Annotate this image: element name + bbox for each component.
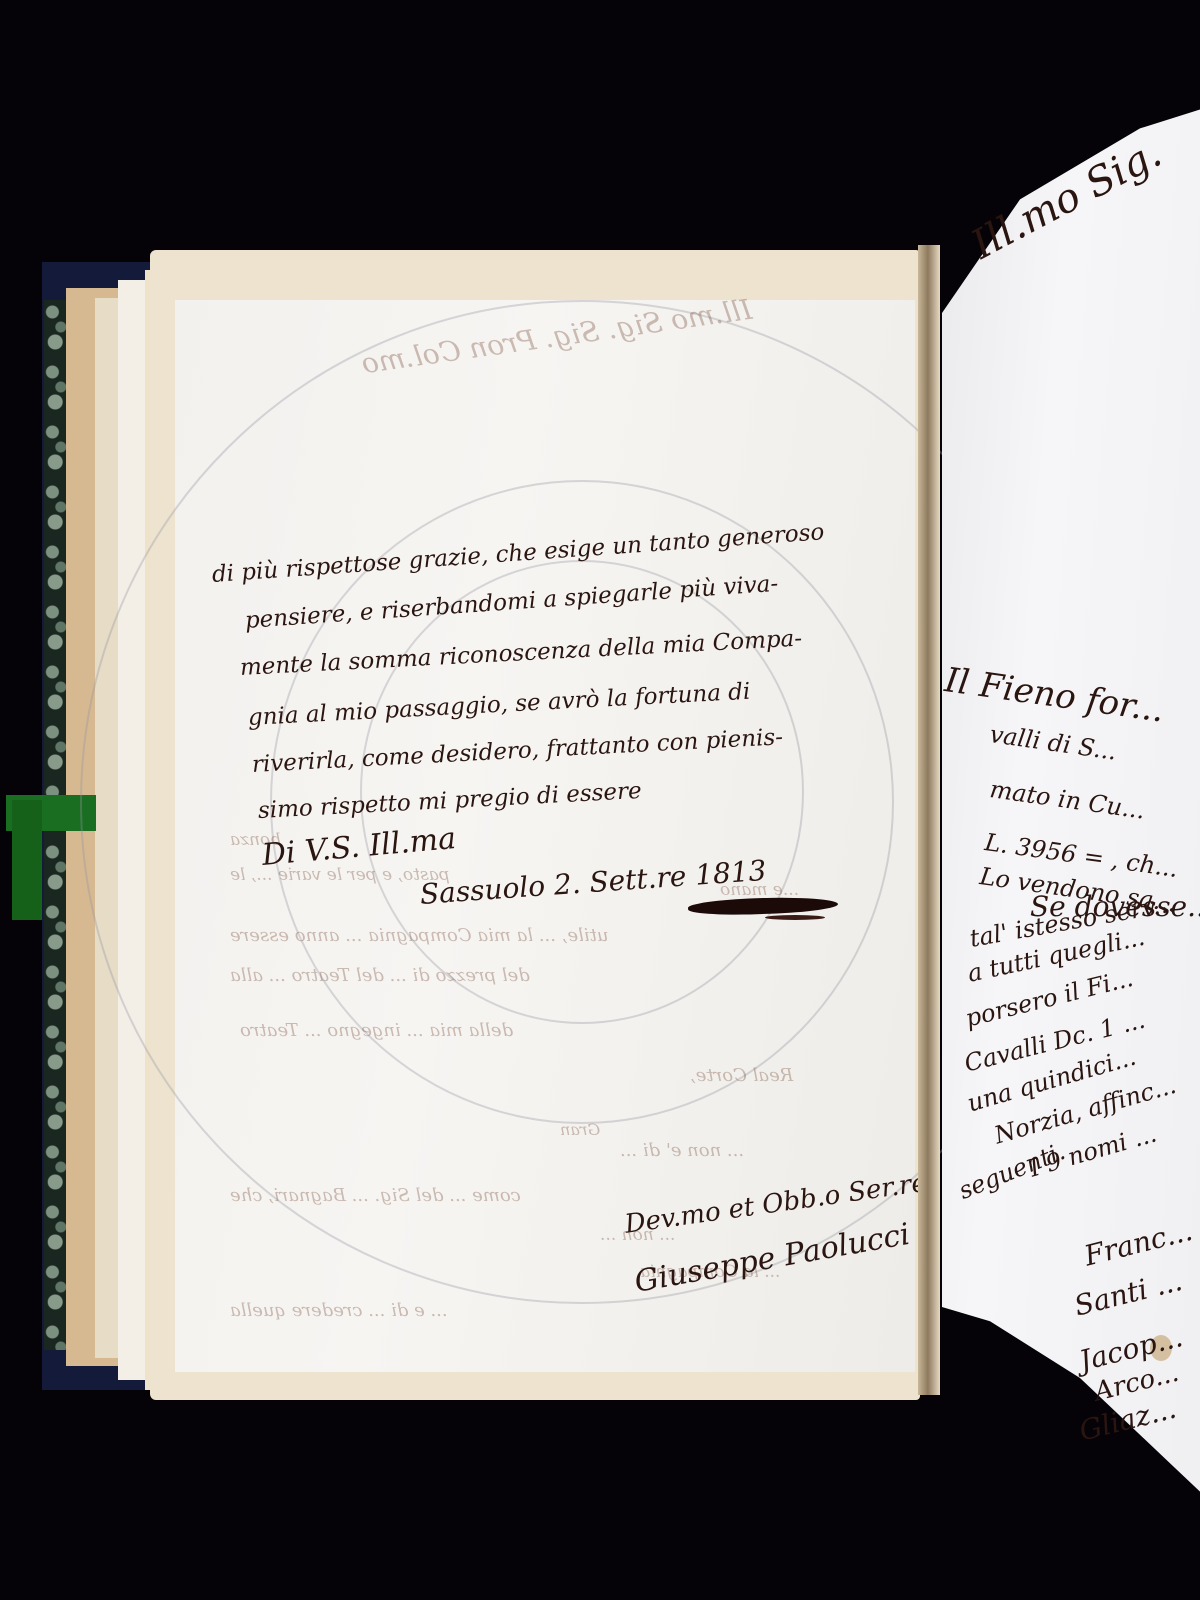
bleed-line: utile, ... la mia Compagnia ... anno ess… (230, 925, 608, 946)
green-ribbon-tail (12, 800, 42, 920)
bleed-line: Gran (560, 1120, 600, 1139)
book-gutter (918, 245, 940, 1395)
bleed-line: Real Corte, (690, 1065, 793, 1086)
bleed-line: ... e di ... credere quella (230, 1300, 448, 1321)
bleed-line: del prezzo di ... del Teatro ... alla (230, 965, 530, 986)
bleed-line: come ... del Sig. ... Bagnari, che (230, 1185, 521, 1206)
bleed-line: ... non e' di ... (620, 1140, 744, 1161)
ink-flourish-tail (765, 915, 825, 920)
bleed-line: della mia ... ingegno ... Teatro (240, 1020, 513, 1041)
